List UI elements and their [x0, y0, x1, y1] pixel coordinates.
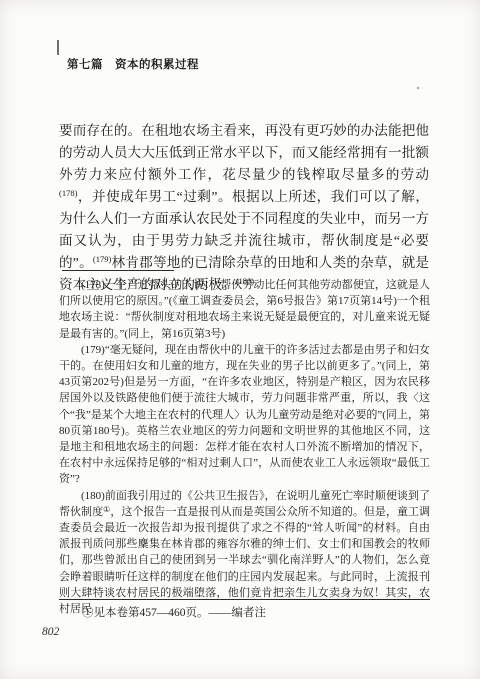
footnote-179: (179)“毫无疑问，现在由帮伙中的儿童干的许多活过去都是由男子和妇女干的。在使… — [59, 342, 430, 488]
footnote-number: (178) — [81, 279, 105, 291]
footnote-text: 一个当过帮头的人说：“帮伙劳动比任何其他劳动都便宜，这就是人们所以使用它的原因。… — [59, 279, 430, 340]
editor-note: ①见本卷第457—460页。——编者注 — [59, 605, 430, 621]
scan-artifact-dot — [417, 87, 419, 89]
body-segment: 要而存在的。在租地农场主看来，再没有更巧妙的办法能把他的劳动人员大大压低到正常水… — [59, 123, 429, 182]
footnote-separator-rule — [62, 270, 174, 271]
footnotes-block: (178)一个当过帮头的人说：“帮伙劳动比任何其他劳动都便宜，这就是人们所以使用… — [59, 277, 430, 617]
footnote-number: (180) — [81, 490, 105, 502]
book-page: 第七篇 资本的积累过程 要而存在的。在租地农场主看来，再没有更巧妙的办法能把他的… — [0, 0, 480, 679]
footnote-ref-178: (178) — [59, 188, 77, 198]
editor-note-separator-rule — [59, 599, 430, 600]
footnote-ref-179: (179) — [93, 254, 111, 264]
running-header: 第七篇 资本的积累过程 — [67, 56, 199, 72]
footnote-text: “毫无疑问，现在由帮伙中的儿童干的许多活过去都是由男子和妇女干的。在使用妇女和儿… — [59, 344, 430, 486]
footnote-178: (178)一个当过帮头的人说：“帮伙劳动比任何其他劳动都便宜，这就是人们所以使用… — [59, 277, 430, 342]
page-number: 802 — [42, 626, 59, 638]
footnote-180: (180)前面我引用过的《公共卫生报告》，在说明儿童死亡率时顺便谈到了帮伙制度①… — [59, 488, 430, 618]
scan-artifact-tick — [57, 40, 59, 55]
footnote-number: (179) — [81, 344, 105, 356]
